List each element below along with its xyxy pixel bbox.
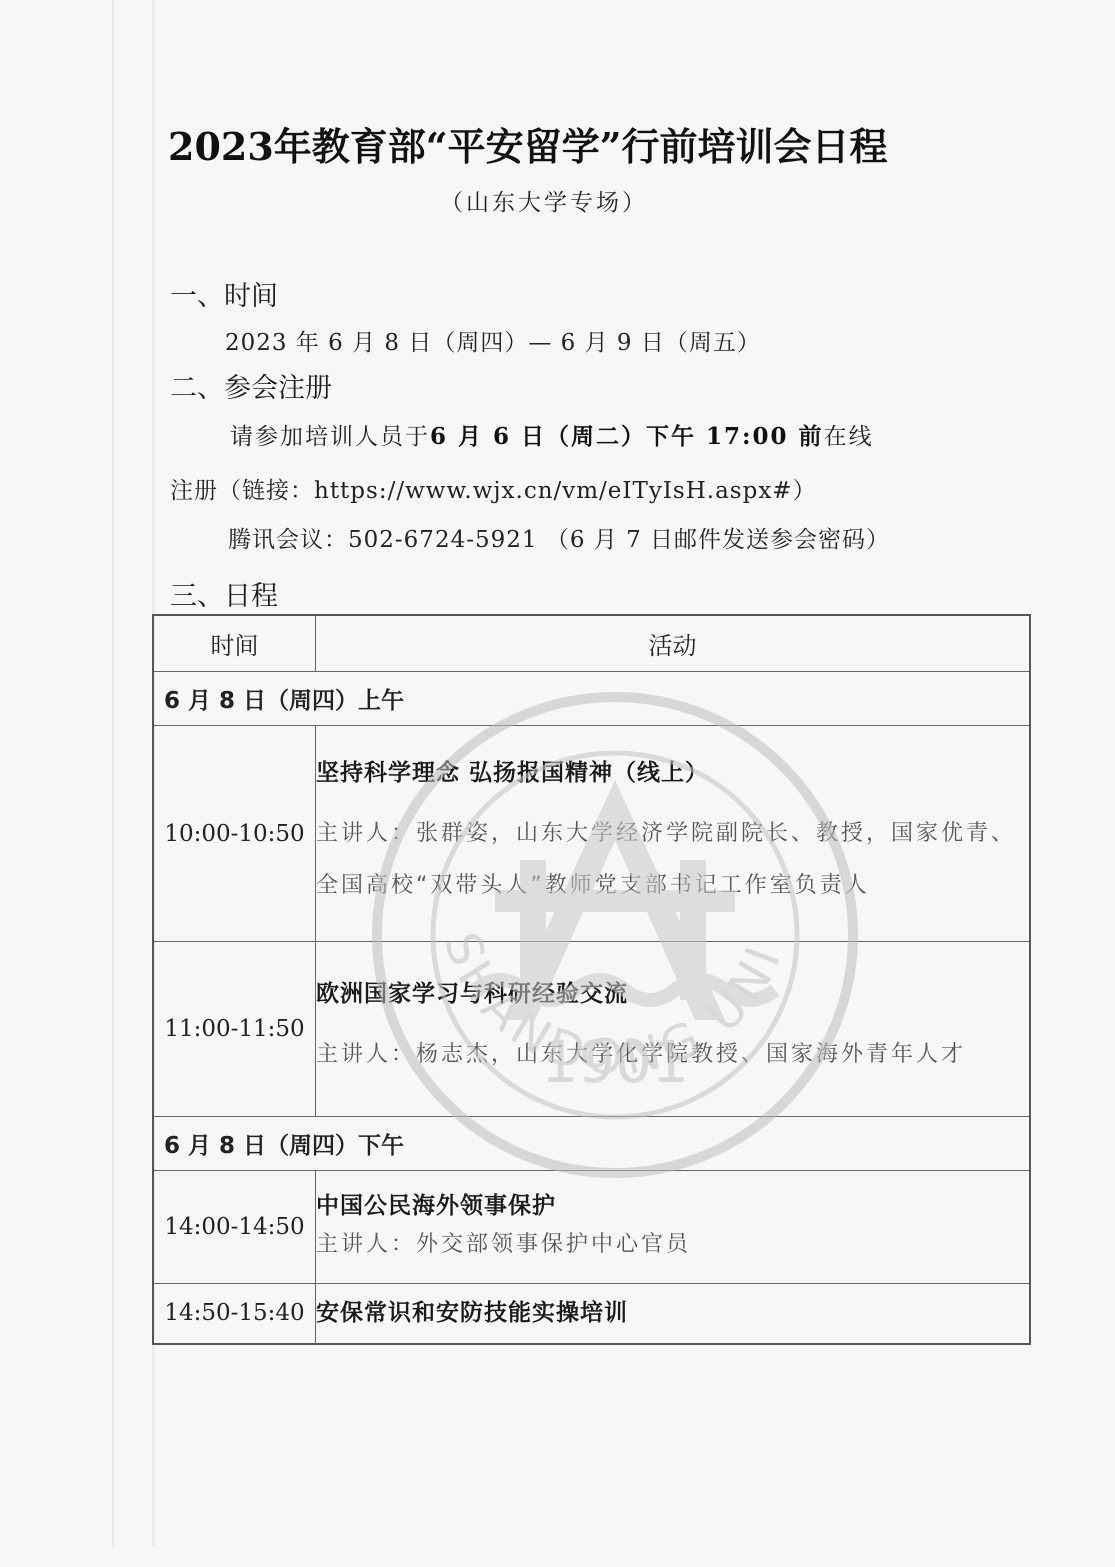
- registration-text-prefix: 请参加培训人员于: [230, 424, 430, 450]
- section-heading-schedule: 三、日程: [170, 574, 278, 613]
- session-time: 14:50-15:40: [153, 1284, 316, 1344]
- session-time: 10:00-10:50: [153, 726, 316, 942]
- header-activity: 活动: [316, 615, 1031, 672]
- section-heading-time: 一、时间: [170, 274, 278, 313]
- session-activity: 安保常识和安防技能实操培训: [316, 1284, 1031, 1344]
- scan-fold-line: [112, 0, 114, 1547]
- session-activity: 中国公民海外领事保护 主讲人：外交部领事保护中心官员: [316, 1171, 1031, 1284]
- session-activity: 坚持科学理念 弘扬报国精神（线上） 主讲人：张群姿，山东大学经济学院副院长、教授…: [316, 726, 1031, 942]
- document-subtitle: （山东大学专场）: [440, 184, 648, 217]
- tencent-meeting-info: 腾讯会议：502-6724-5921 （6 月 7 日邮件发送参会密码）: [228, 521, 890, 554]
- section-heading-registration: 二、参会注册: [170, 366, 332, 405]
- session-speaker: 主讲人：张群姿，山东大学经济学院副院长、教授，国家优青、全国高校“双带头人”教师…: [316, 808, 1029, 912]
- day-label: 6 月 8 日（周四）上午: [153, 672, 1030, 726]
- table-row: 14:00-14:50 中国公民海外领事保护 主讲人：外交部领事保护中心官员: [153, 1171, 1030, 1284]
- day-row-morning: 6 月 8 日（周四）上午: [153, 672, 1030, 726]
- session-title: 中国公民海外领事保护: [316, 1189, 1029, 1223]
- day-label: 6 月 8 日（周四）下午: [153, 1117, 1030, 1171]
- session-title: 坚持科学理念 弘扬报国精神（线上）: [316, 756, 1029, 790]
- document-title: 2023年教育部“平安留学”行前培训会日程: [168, 116, 968, 171]
- event-dates: 2023 年 6 月 8 日（周四）— 6 月 9 日（周五）: [225, 324, 761, 357]
- session-time: 14:00-14:50: [153, 1171, 316, 1284]
- registration-text-suffix: 在线: [824, 424, 874, 450]
- registration-link[interactable]: 注册（链接：https://www.wjx.cn/vm/eITyIsH.aspx…: [170, 472, 817, 505]
- session-title: 安保常识和安防技能实操培训: [316, 1296, 1029, 1330]
- table-row: 14:50-15:40 安保常识和安防技能实操培训: [153, 1284, 1030, 1344]
- header-time: 时间: [153, 615, 316, 672]
- schedule-table: 时间 活动 6 月 8 日（周四）上午 10:00-10:50 坚持科学理念 弘…: [152, 614, 1031, 1345]
- session-activity: 欧洲国家学习与科研经验交流 主讲人：杨志杰，山东大学化学院教授、国家海外青年人才: [316, 942, 1031, 1117]
- registration-deadline-bold: 6 月 6 日（周二）下午 17:00 前: [430, 423, 824, 450]
- registration-deadline: 请参加培训人员于6 月 6 日（周二）下午 17:00 前在线: [230, 418, 874, 451]
- session-speaker: 主讲人：外交部领事保护中心官员: [316, 1225, 1029, 1265]
- table-header-row: 时间 活动: [153, 615, 1030, 672]
- document-page: 2023年教育部“平安留学”行前培训会日程 （山东大学专场） 一、时间 2023…: [0, 0, 1115, 1567]
- table-row: 10:00-10:50 坚持科学理念 弘扬报国精神（线上） 主讲人：张群姿，山东…: [153, 726, 1030, 942]
- session-speaker: 主讲人：杨志杰，山东大学化学院教授、国家海外青年人才: [316, 1029, 1029, 1081]
- session-time: 11:00-11:50: [153, 942, 316, 1117]
- session-title: 欧洲国家学习与科研经验交流: [316, 977, 1029, 1011]
- day-row-afternoon: 6 月 8 日（周四）下午: [153, 1117, 1030, 1171]
- table-row: 11:00-11:50 欧洲国家学习与科研经验交流 主讲人：杨志杰，山东大学化学…: [153, 942, 1030, 1117]
